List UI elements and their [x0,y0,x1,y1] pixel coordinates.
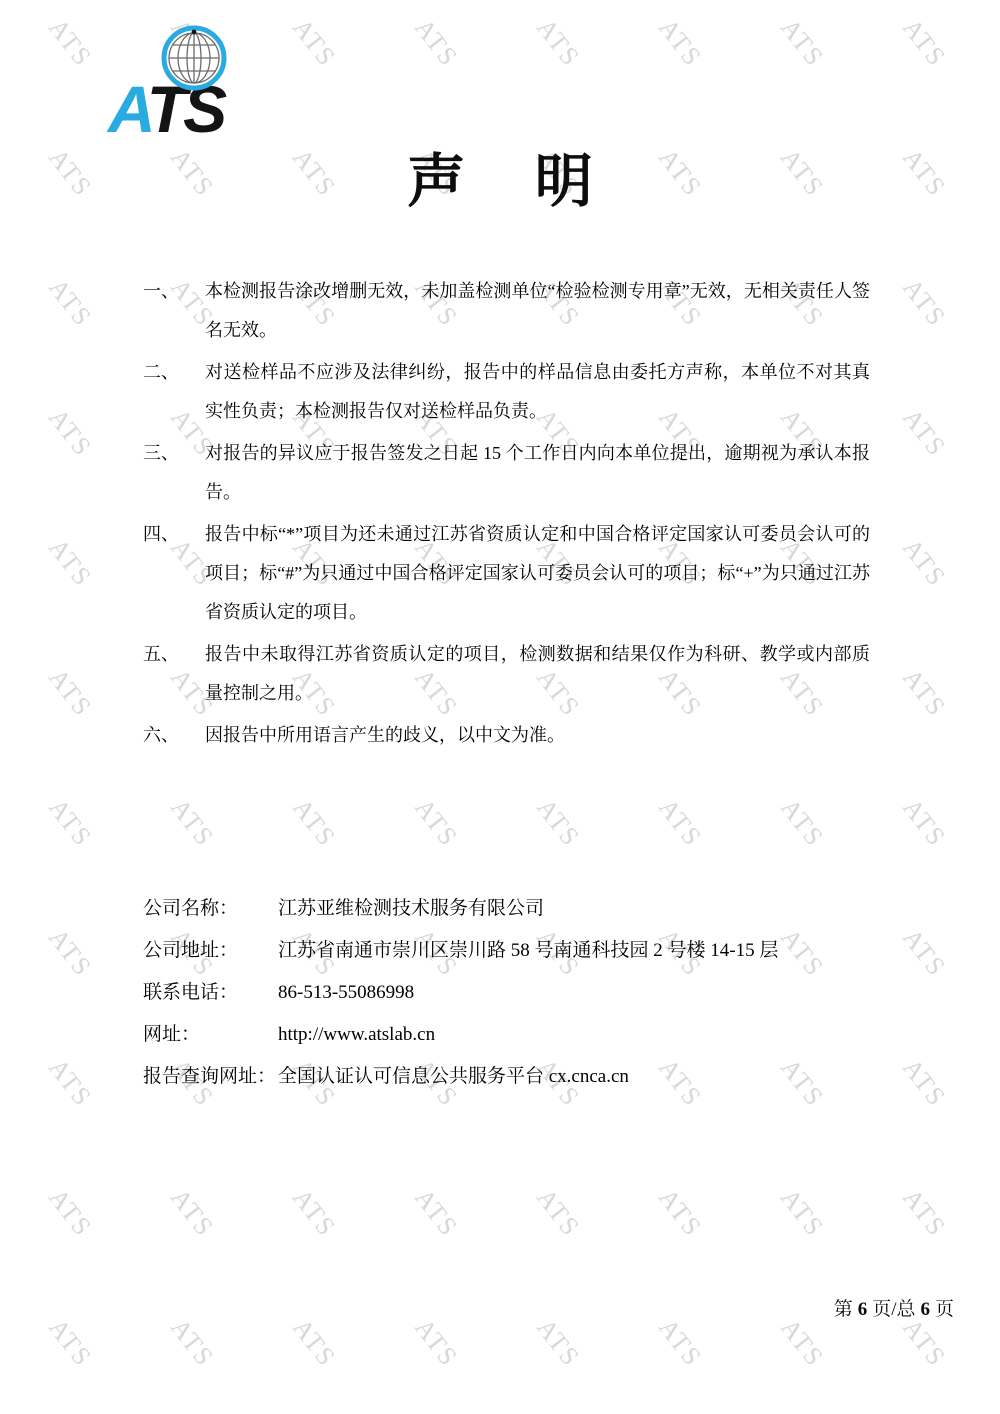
company-name-label: 公司名称： [143,896,278,921]
watermark-text: ATS [42,403,98,463]
company-info-row: 公司名称： 江苏亚维检测技术服务有限公司 [143,896,883,921]
watermark-text: ATS [652,1183,708,1243]
watermark-text: ATS [42,663,98,723]
company-name-value: 江苏亚维检测技术服务有限公司 [278,896,883,921]
watermark-text: ATS [896,663,952,723]
company-address-label: 公司地址： [143,938,278,963]
watermark-text: ATS [896,13,952,73]
page-footer: 第6页/总6页 [834,1294,954,1321]
notice-item-text: 对报告的异议应于报告签发之日起 15 个工作日内向本单位提出，逾期视为承认本报告… [205,434,870,512]
notice-list: 一、 本检测报告涂改增删无效，未加盖检测单位“检验检测专用章”无效，无相关责任人… [143,272,870,758]
watermark-text: ATS [286,13,342,73]
company-phone-label: 联系电话： [143,980,278,1005]
watermark-text: ATS [286,793,342,853]
notice-item-number: 六、 [143,716,205,755]
notice-item: 六、 因报告中所用语言产生的歧义，以中文为准。 [143,716,870,755]
notice-item-number: 二、 [143,353,205,431]
watermark-text: ATS [164,1183,220,1243]
watermark-text: ATS [530,793,586,853]
watermark-text: ATS [42,923,98,983]
report-query-url-value: 全国认证认可信息公共服务平台 cx.cnca.cn [278,1064,883,1089]
notice-item-text: 本检测报告涂改增删无效，未加盖检测单位“检验检测专用章”无效，无相关责任人签名无… [205,272,870,350]
report-query-url-label: 报告查询网址： [143,1064,278,1089]
watermark-text: ATS [164,1313,220,1373]
notice-item: 三、 对报告的异议应于报告签发之日起 15 个工作日内向本单位提出，逾期视为承认… [143,434,870,512]
watermark-text: ATS [42,1183,98,1243]
watermark-text: ATS [896,793,952,853]
notice-item-number: 四、 [143,515,205,632]
watermark-text: ATS [652,793,708,853]
watermark-text: ATS [896,403,952,463]
footer-prefix: 第 [834,1299,853,1320]
company-address-value: 江苏省南通市崇川区崇川路 58 号南通科技园 2 号楼 14-15 层 [278,938,883,963]
footer-middle: 页/总 [872,1299,915,1320]
company-info-row: 报告查询网址： 全国认证认可信息公共服务平台 cx.cnca.cn [143,1064,883,1089]
company-info-row: 网址： http://www.atslab.cn [143,1022,883,1047]
watermark-text: ATS [42,273,98,333]
notice-item: 五、 报告中未取得江苏省资质认定的项目，检测数据和结果仅作为科研、教学或内部质量… [143,635,870,713]
notice-item: 一、 本检测报告涂改增删无效，未加盖检测单位“检验检测专用章”无效，无相关责任人… [143,272,870,350]
watermark-text: ATS [408,1183,464,1243]
watermark-text: ATS [896,1183,952,1243]
company-website-label: 网址： [143,1022,278,1047]
notice-item: 四、 报告中标“*”项目为还未通过江苏省资质认定和中国合格评定国家认可委员会认可… [143,515,870,632]
footer-page-number: 6 [858,1299,868,1320]
watermark-text: ATS [896,1053,952,1113]
watermark-text: ATS [42,1053,98,1113]
notice-item-text: 对送检样品不应涉及法律纠纷，报告中的样品信息由委托方声称，本单位不对其真实性负责… [205,353,870,431]
watermark-text: ATS [286,1183,342,1243]
watermark-text: ATS [164,793,220,853]
globe-icon [160,24,228,92]
watermark-text: ATS [42,1313,98,1373]
watermark-text: ATS [530,13,586,73]
notice-item-number: 一、 [143,272,205,350]
watermark-text: ATS [896,923,952,983]
watermark-text: ATS [774,1183,830,1243]
watermark-text: ATS [896,1313,952,1373]
notice-item-number: 五、 [143,635,205,713]
notice-item-text: 因报告中所用语言产生的歧义，以中文为准。 [205,716,870,755]
notice-item-text: 报告中标“*”项目为还未通过江苏省资质认定和中国合格评定国家认可委员会认可的项目… [205,515,870,632]
watermark-text: ATS [896,273,952,333]
watermark-text: ATS [408,793,464,853]
report-page: ATSATSATSATSATSATSATSATSATSATSATSATSATSA… [0,0,1000,1414]
footer-suffix: 页 [935,1299,954,1320]
watermark-text: ATS [42,533,98,593]
watermark-text: ATS [408,13,464,73]
watermark-text: ATS [652,1313,708,1373]
notice-item-number: 三、 [143,434,205,512]
watermark-text: ATS [42,793,98,853]
company-website-value: http://www.atslab.cn [278,1022,883,1047]
notice-item: 二、 对送检样品不应涉及法律纠纷，报告中的样品信息由委托方声称，本单位不对其真实… [143,353,870,431]
company-info-row: 公司地址： 江苏省南通市崇川区崇川路 58 号南通科技园 2 号楼 14-15 … [143,938,883,963]
watermark-text: ATS [652,13,708,73]
watermark-text: ATS [42,13,98,73]
watermark-text: ATS [774,13,830,73]
watermark-text: ATS [896,533,952,593]
watermark-text: ATS [408,1313,464,1373]
company-phone-value: 86-513-55086998 [278,980,883,1005]
ats-logo: ATS [108,24,288,138]
page-title: 声 明 [0,134,1000,218]
watermark-text: ATS [530,1183,586,1243]
watermark-text: ATS [774,793,830,853]
company-info: 公司名称： 江苏亚维检测技术服务有限公司 公司地址： 江苏省南通市崇川区崇川路 … [143,896,883,1106]
watermark-text: ATS [774,1313,830,1373]
notice-item-text: 报告中未取得江苏省资质认定的项目，检测数据和结果仅作为科研、教学或内部质量控制之… [205,635,870,713]
footer-total-pages: 6 [920,1299,930,1320]
company-info-row: 联系电话： 86-513-55086998 [143,980,883,1005]
watermark-text: ATS [286,1313,342,1373]
watermark-text: ATS [530,1313,586,1373]
